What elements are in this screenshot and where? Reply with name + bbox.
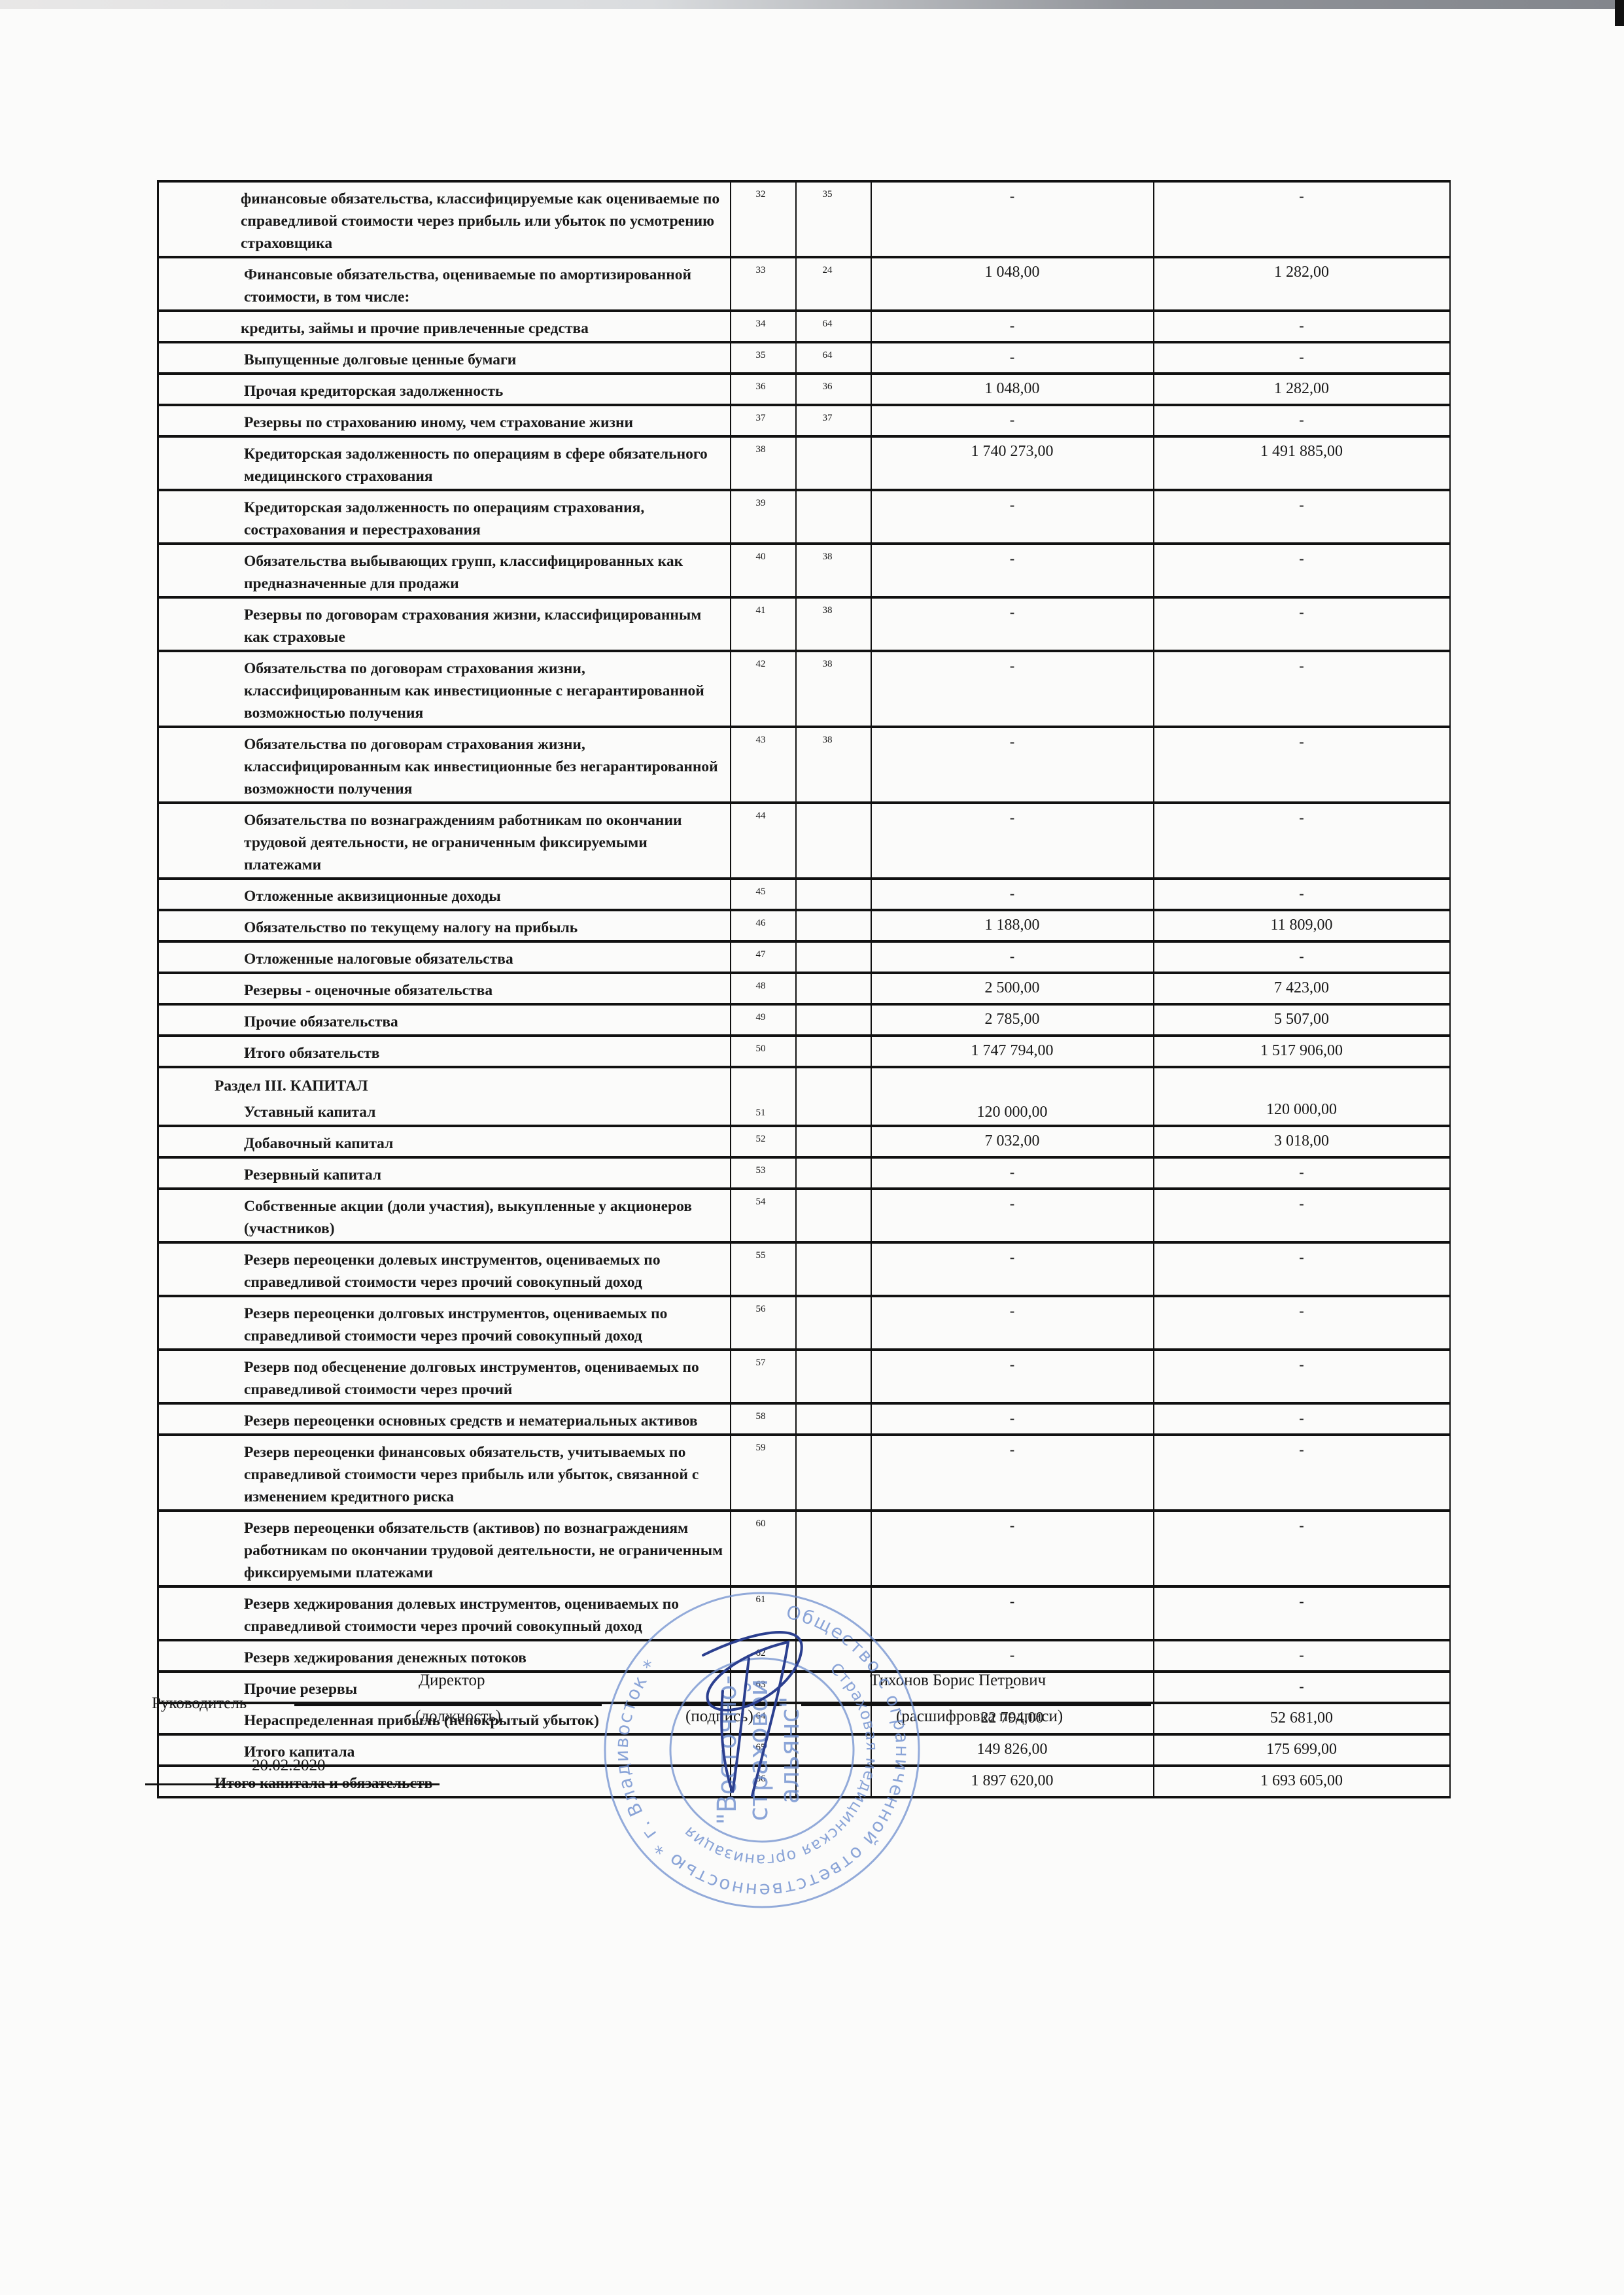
table-row: Резерв переоценки финансовых обязательст… — [158, 1435, 1450, 1511]
previous-period-value: - — [1299, 1647, 1304, 1663]
name-line — [801, 1704, 1151, 1706]
previous-period-value: - — [1299, 1356, 1304, 1373]
table-row: Уставный капитал 51 120 000,00 120 000,0… — [158, 1097, 1450, 1126]
table-row: Резерв переоценки долговых инструментов,… — [158, 1296, 1450, 1350]
row-label: Обязательства выбывающих групп, классифи… — [244, 553, 683, 592]
current-period-value: - — [1010, 809, 1014, 826]
line-number: 54 — [756, 1197, 766, 1207]
row-label: Обязательства по вознаграждениям работни… — [244, 812, 682, 873]
position-value: Директор — [419, 1672, 485, 1690]
table-row: Резерв хеджирования долевых инструментов… — [158, 1586, 1450, 1640]
previous-period-value: - — [1299, 188, 1304, 204]
line-number: 50 — [756, 1043, 766, 1054]
row-label: Кредиторская задолженность по операциям … — [244, 446, 708, 485]
previous-period-value: - — [1299, 1410, 1304, 1426]
line-number: 61 — [756, 1594, 766, 1605]
row-label: Резерв переоценки основных средств и нем… — [244, 1412, 698, 1429]
signing-date: 20.02.2020 — [252, 1757, 326, 1775]
previous-period-value: 11 809,00 — [1270, 917, 1332, 934]
note-number: 38 — [823, 605, 833, 616]
section-capital-header: Раздел III. КАПИТАЛ Уставный капитал 51 … — [158, 1067, 1450, 1126]
note-number: 24 — [823, 265, 833, 275]
note-number: 35 — [823, 189, 833, 200]
line-number: 62 — [756, 1648, 766, 1658]
table-row: Нераспределенная прибыль (непокрытый убы… — [158, 1703, 1450, 1734]
previous-period-value: - — [1299, 1195, 1304, 1212]
note-number: 64 — [823, 350, 833, 360]
line-number: 46 — [756, 918, 766, 928]
line-number: 59 — [756, 1443, 766, 1453]
row-label: Резерв хеджирования долевых инструментов… — [244, 1596, 679, 1635]
line-number: 48 — [756, 981, 766, 991]
line-number: 56 — [756, 1304, 766, 1314]
row-label: Отложенные налоговые обязательства — [244, 951, 513, 968]
row-label: Прочие резервы — [244, 1681, 357, 1698]
current-period-value: 1 747 794,00 — [971, 1042, 1054, 1059]
row-label: Резервы по договорам страхования жизни, … — [244, 606, 701, 646]
table-row: Резерв переоценки обязательств (активов)… — [158, 1511, 1450, 1586]
previous-period-value: - — [1299, 1164, 1304, 1180]
current-period-value: - — [1010, 1356, 1014, 1373]
table-row: Итого капитала65149 826,00175 699,00 — [158, 1734, 1450, 1766]
previous-period-value: 120 000,00 — [1266, 1101, 1337, 1118]
note-number: 37 — [823, 413, 833, 423]
current-period-value: - — [1010, 317, 1014, 334]
line-number: 52 — [756, 1134, 766, 1144]
table-row: Обязательства по договорам страхования ж… — [158, 727, 1450, 803]
table-row: Резервы по страхованию иному, чем страхо… — [158, 405, 1450, 436]
previous-period-value: - — [1299, 733, 1304, 750]
table-row: Кредиторская задолженность по операциям … — [158, 436, 1450, 490]
line-number: 38 — [756, 444, 766, 455]
table-row: Резервный капитал53-- — [158, 1157, 1450, 1189]
table-row: Прочие обязательства492 785,005 507,00 — [158, 1004, 1450, 1036]
current-period-value: - — [1010, 1164, 1014, 1180]
table-row: Выпущенные долговые ценные бумаги3564-- — [158, 342, 1450, 374]
row-label: Резервы по страхованию иному, чем страхо… — [244, 414, 633, 431]
table-row: Отложенные аквизиционные доходы45-- — [158, 879, 1450, 910]
current-period-value: - — [1010, 1410, 1014, 1426]
table-row: Обязательства по вознаграждениям работни… — [158, 803, 1450, 879]
table-row: Отложенные налоговые обязательства47-- — [158, 941, 1450, 973]
table-row: Итого обязательств501 747 794,001 517 90… — [158, 1036, 1450, 1067]
row-label: Обязательство по текущему налогу на приб… — [244, 919, 578, 936]
row-label: Прочие обязательства — [244, 1013, 398, 1030]
note-number: 36 — [823, 381, 833, 392]
previous-period-value: - — [1299, 412, 1304, 428]
current-period-value: - — [1010, 188, 1014, 204]
previous-period-value: - — [1299, 1249, 1304, 1265]
current-period-value: - — [1010, 349, 1014, 365]
table-row: Резерв под обесценение долговых инструме… — [158, 1350, 1450, 1403]
row-label: Резерв хеджирования денежных потоков — [244, 1649, 527, 1666]
current-period-value: - — [1010, 1195, 1014, 1212]
row-label: Обязательства по договорам страхования ж… — [244, 736, 718, 797]
row-label: Финансовые обязательства, оцениваемые по… — [244, 266, 691, 306]
current-period-value: - — [1010, 733, 1014, 750]
line-number: 40 — [756, 552, 766, 562]
row-label: Итого обязательств — [244, 1045, 379, 1062]
previous-period-value: - — [1299, 885, 1304, 902]
previous-period-value: 3 018,00 — [1274, 1132, 1329, 1149]
table-row: Резервы - оценочные обязательства482 500… — [158, 973, 1450, 1004]
row-label: Отложенные аквизиционные доходы — [244, 888, 501, 905]
current-period-value: - — [1010, 1593, 1014, 1609]
current-period-value: - — [1010, 657, 1014, 674]
current-period-value: 1 048,00 — [985, 380, 1040, 397]
table-row: Финансовые обязательства, оцениваемые по… — [158, 257, 1450, 311]
previous-period-value: - — [1299, 1678, 1304, 1694]
previous-period-value: - — [1299, 317, 1304, 334]
table-row: Обязательства по договорам страхования ж… — [158, 651, 1450, 727]
line-number: 44 — [756, 811, 766, 821]
signer-role-label: Руководитель — [152, 1694, 247, 1713]
row-label: Резерв переоценки долевых инструментов, … — [244, 1252, 661, 1291]
previous-period-value: - — [1299, 604, 1304, 620]
note-number: 38 — [823, 552, 833, 562]
note-number: 38 — [823, 735, 833, 745]
table-row: Резерв переоценки основных средств и нем… — [158, 1403, 1450, 1435]
table-row: Прочие резервы63-- — [158, 1672, 1450, 1703]
row-label: Резервы - оценочные обязательства — [244, 982, 492, 999]
previous-period-value: - — [1299, 1441, 1304, 1458]
balance-sheet-table: финансовые обязательства, классифицируем… — [157, 180, 1451, 1798]
current-period-value: - — [1010, 412, 1014, 428]
note-number: 64 — [823, 319, 833, 329]
previous-period-value: 1 282,00 — [1274, 380, 1329, 397]
line-number: 39 — [756, 498, 766, 508]
previous-period-value: 7 423,00 — [1274, 979, 1329, 996]
current-period-value: - — [1010, 1517, 1014, 1533]
previous-period-value: 5 507,00 — [1274, 1011, 1329, 1028]
line-number: 49 — [756, 1012, 766, 1023]
current-period-value: - — [1010, 1303, 1014, 1319]
previous-period-value: - — [1299, 948, 1304, 964]
current-period-value: - — [1010, 885, 1014, 902]
liabilities-rows: финансовые обязательства, классифицируем… — [158, 181, 1450, 1067]
line-number: 65 — [756, 1742, 766, 1753]
current-period-value: 1 740 273,00 — [971, 443, 1054, 460]
position-caption: (должность) — [415, 1708, 501, 1726]
table-row: Добавочный капитал527 032,003 018,00 — [158, 1126, 1450, 1157]
row-label: Обязательства по договорам страхования ж… — [244, 660, 704, 722]
row-label: Резервный капитал — [244, 1166, 381, 1183]
row-label: Резерв под обесценение долговых инструме… — [244, 1359, 699, 1398]
line-number: 60 — [756, 1518, 766, 1529]
date-line — [145, 1783, 440, 1785]
line-number: 58 — [756, 1411, 766, 1422]
row-label: Уставный капитал — [244, 1104, 375, 1121]
previous-period-value: - — [1299, 809, 1304, 826]
signature-caption: (подпись) — [685, 1708, 753, 1726]
previous-period-value: - — [1299, 1593, 1304, 1609]
table-row: Резервы по договорам страхования жизни, … — [158, 597, 1450, 651]
section-title: Раздел III. КАПИТАЛ — [215, 1077, 368, 1095]
line-number: 66 — [756, 1774, 766, 1784]
current-period-value: - — [1010, 550, 1014, 567]
row-label: кредиты, займы и прочие привлеченные сре… — [241, 320, 589, 337]
current-period-value: - — [1010, 1249, 1014, 1265]
previous-period-value: 1 282,00 — [1274, 264, 1329, 281]
table-row: Раздел III. КАПИТАЛ — [158, 1067, 1450, 1097]
line-number: 47 — [756, 949, 766, 960]
table-row: Обязательства выбывающих групп, классифи… — [158, 544, 1450, 597]
row-label: Резерв переоценки финансовых обязательст… — [244, 1444, 699, 1505]
previous-period-value: 1 693 605,00 — [1260, 1772, 1343, 1789]
line-number: 43 — [756, 735, 766, 745]
previous-period-value: - — [1299, 1517, 1304, 1533]
table-row: Резерв хеджирования денежных потоков62-- — [158, 1640, 1450, 1672]
previous-period-value: - — [1299, 497, 1304, 513]
scan-edge-artifact-right — [1615, 0, 1624, 26]
table-row: Кредиторская задолженность по операциям … — [158, 490, 1450, 544]
note-number: 38 — [823, 659, 833, 669]
row-label: Собственные акции (доли участия), выкупл… — [244, 1198, 692, 1237]
line-number: 63 — [756, 1679, 766, 1690]
current-period-value: 2 785,00 — [985, 1011, 1040, 1028]
current-period-value: 7 032,00 — [985, 1132, 1040, 1149]
line-number: 41 — [756, 605, 766, 616]
scan-edge-artifact — [0, 0, 1624, 9]
table-row: Обязательство по текущему налогу на приб… — [158, 910, 1450, 941]
line-number: 45 — [756, 886, 766, 897]
table-row: кредиты, займы и прочие привлеченные сре… — [158, 311, 1450, 342]
line-number: 37 — [756, 413, 766, 423]
previous-period-value: 52 681,00 — [1270, 1709, 1333, 1726]
row-label: Резерв переоценки долговых инструментов,… — [244, 1305, 667, 1344]
current-period-value: - — [1010, 1647, 1014, 1663]
row-label: Резерв переоценки обязательств (активов)… — [244, 1520, 723, 1581]
previous-period-value: - — [1299, 657, 1304, 674]
current-period-value: - — [1010, 604, 1014, 620]
capital-rows: Добавочный капитал527 032,003 018,00Резе… — [158, 1126, 1450, 1797]
signer-name: Тихонов Борис Петрович — [870, 1672, 1046, 1690]
current-period-value: 2 500,00 — [985, 979, 1040, 996]
line-number: 42 — [756, 659, 766, 669]
row-label: финансовые обязательства, классифицируем… — [241, 190, 719, 252]
previous-period-value: - — [1299, 550, 1304, 567]
position-line — [294, 1704, 602, 1706]
current-period-value: - — [1010, 1441, 1014, 1458]
line-number: 33 — [756, 265, 766, 275]
line-number: 57 — [756, 1358, 766, 1368]
previous-period-value: - — [1299, 1303, 1304, 1319]
line-number: 32 — [756, 189, 766, 200]
previous-period-value: 1 517 906,00 — [1260, 1042, 1343, 1059]
current-period-value: - — [1010, 497, 1014, 513]
line-number: 34 — [756, 319, 766, 329]
table-row: Собственные акции (доли участия), выкупл… — [158, 1189, 1450, 1242]
table-row: Итого капитала и обязательств661 897 620… — [158, 1766, 1450, 1797]
current-period-value: 1 048,00 — [985, 264, 1040, 281]
current-period-value: - — [1010, 948, 1014, 964]
current-period-value: 149 826,00 — [977, 1741, 1048, 1758]
current-period-value: 1 188,00 — [985, 917, 1040, 934]
previous-period-value: 1 491 885,00 — [1260, 443, 1343, 460]
current-period-value: 1 897 620,00 — [971, 1772, 1054, 1789]
line-number: 53 — [756, 1165, 766, 1176]
row-label: Выпущенные долговые ценные бумаги — [244, 351, 516, 368]
name-caption: (расшифровка подписи) — [896, 1708, 1063, 1726]
previous-period-value: 175 699,00 — [1266, 1741, 1337, 1758]
line-number: 55 — [756, 1250, 766, 1261]
table-row: Прочая кредиторская задолженность36361 0… — [158, 374, 1450, 405]
previous-period-value: - — [1299, 349, 1304, 365]
row-label: Добавочный капитал — [244, 1135, 393, 1152]
table-row: Резерв переоценки долевых инструментов, … — [158, 1242, 1450, 1296]
line-number: 35 — [756, 350, 766, 360]
line-number: 36 — [756, 381, 766, 392]
row-label: Кредиторская задолженность по операциям … — [244, 499, 644, 538]
signature-line — [625, 1704, 782, 1706]
line-number: 64 — [756, 1711, 766, 1721]
line-number: 51 — [756, 1108, 766, 1118]
table-row: финансовые обязательства, классифицируем… — [158, 181, 1450, 257]
current-period-value: 120 000,00 — [977, 1104, 1048, 1121]
row-label: Прочая кредиторская задолженность — [244, 383, 503, 400]
